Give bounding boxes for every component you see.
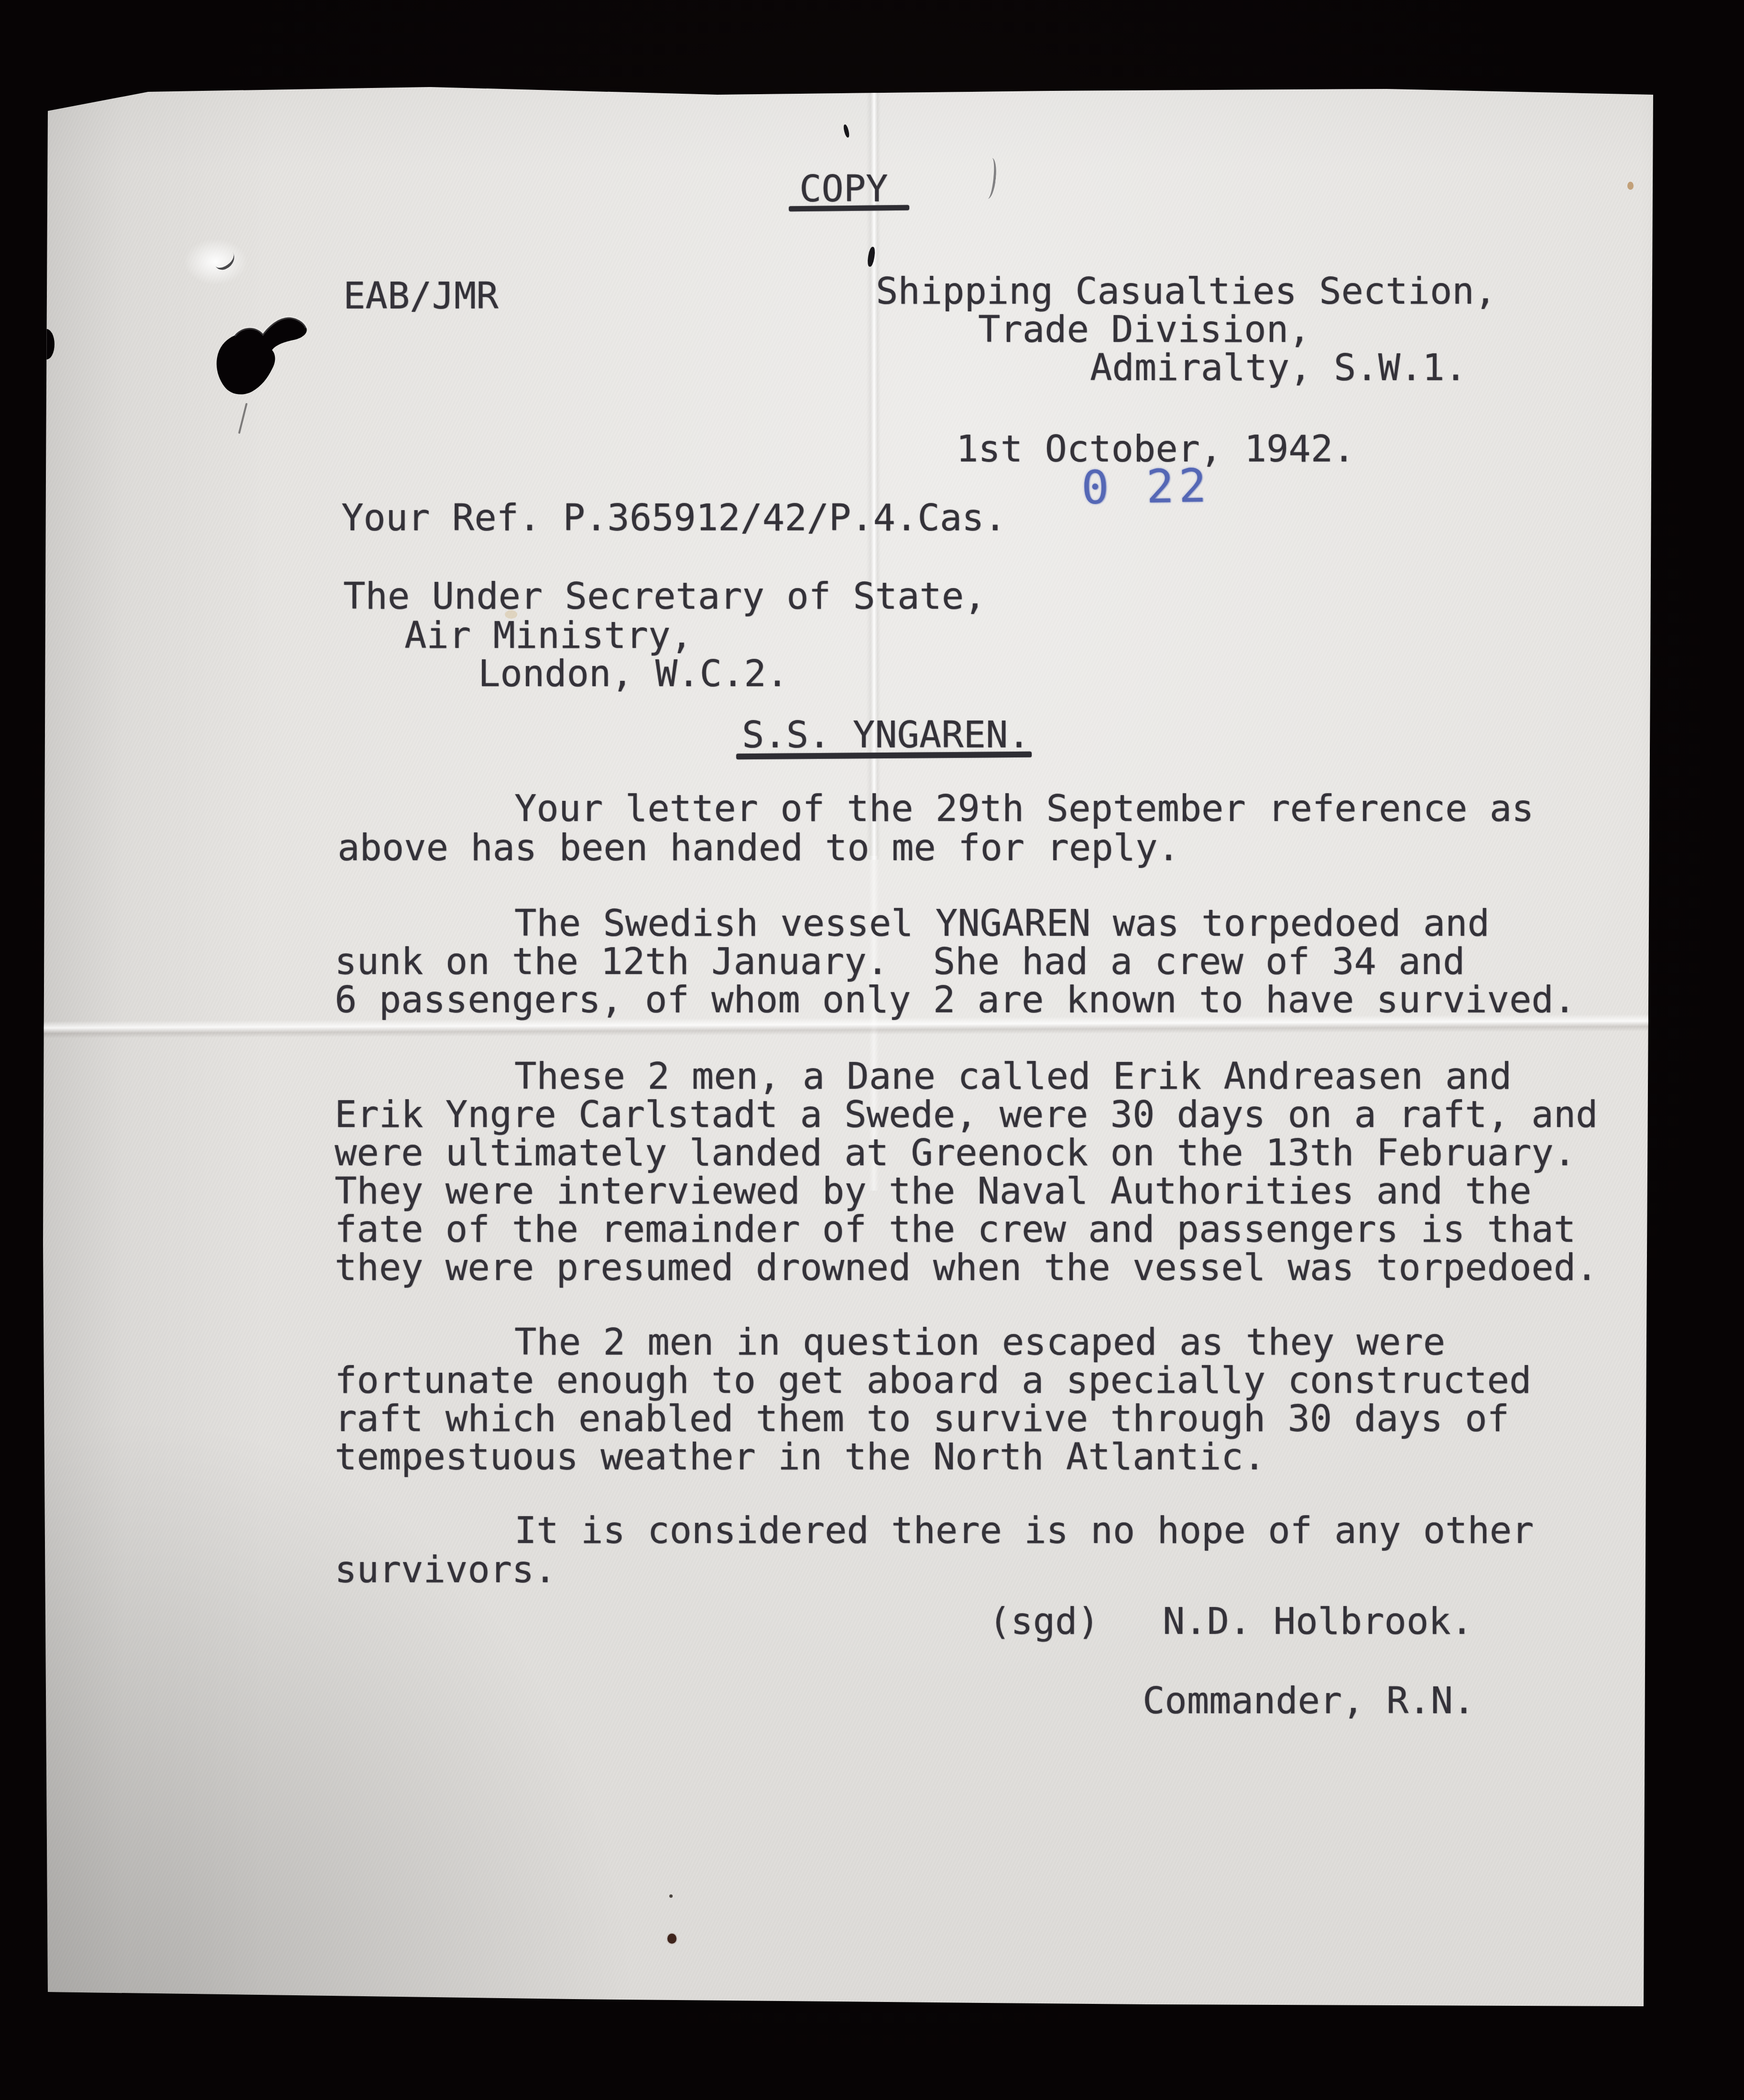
signature-name: N.D. Holbrook. [1163, 1603, 1473, 1641]
torn-hole [205, 304, 324, 419]
subject-heading: S.S. YNGAREN. [742, 716, 1030, 755]
copy-underline [789, 205, 909, 212]
signature-sgd: (sgd) [989, 1603, 1100, 1641]
body-line: they were presumed drowned when the vess… [335, 1249, 1598, 1287]
body-line: sunk on the 12th January. She had a crew… [335, 943, 1465, 981]
body-line: Your letter of the 29th September refere… [514, 790, 1534, 828]
small-speck [669, 1894, 673, 1898]
recipient-line: The Under Secretary of State, [343, 578, 986, 616]
scratch-mark [982, 157, 998, 199]
date-stamp: 0 22 [1081, 459, 1211, 515]
ink-speck [843, 124, 850, 138]
left-edge-notch [38, 329, 54, 360]
body-line: fortunate enough to get aboard a special… [335, 1362, 1531, 1400]
body-line: survivors. [335, 1551, 556, 1589]
body-line: raft which enabled them to survive throu… [335, 1400, 1509, 1438]
signature-title: Commander, R.N. [1143, 1682, 1475, 1720]
rust-fleck [1627, 182, 1634, 190]
sender-address-line: Trade Division, [978, 311, 1310, 349]
body-line: These 2 men, a Dane called Erik Andrease… [514, 1058, 1512, 1096]
letter-paper: COPY EAB/JMR Shipping Casualties Section… [0, 0, 1744, 2100]
copy-heading: COPY [799, 170, 888, 208]
body-line: It is considered there is no hope of any… [514, 1512, 1534, 1550]
recipient-line: London, W.C.2. [478, 655, 788, 693]
body-line: tempestuous weather in the North Atlanti… [335, 1438, 1265, 1477]
recipient-line: Air Ministry, [404, 617, 693, 655]
typist-reference: EAB/JMR [343, 277, 499, 316]
photo-background: COPY EAB/JMR Shipping Casualties Section… [0, 0, 1744, 2100]
sender-address-line: Admiralty, S.W.1. [1090, 349, 1467, 387]
body-line: They were interviewed by the Naval Autho… [335, 1172, 1531, 1211]
body-line: 6 passengers, of whom only 2 are known t… [335, 981, 1576, 1019]
stain-dot [667, 1934, 676, 1944]
body-line: above has been handed to me for reply. [338, 829, 1180, 867]
sender-address-line: Shipping Casualties Section, [876, 273, 1496, 311]
body-line: Erik Yngre Carlstadt a Swede, were 30 da… [335, 1096, 1598, 1134]
your-reference-line: Your Ref. P.365912/42/P.4.Cas. [341, 499, 1006, 537]
body-line: were ultimately landed at Greenock on th… [335, 1134, 1576, 1172]
body-line: The Swedish vessel YNGAREN was torpedoed… [514, 905, 1490, 943]
body-line: The 2 men in question escaped as they we… [514, 1323, 1445, 1362]
body-line: fate of the remainder of the crew and pa… [335, 1211, 1576, 1249]
